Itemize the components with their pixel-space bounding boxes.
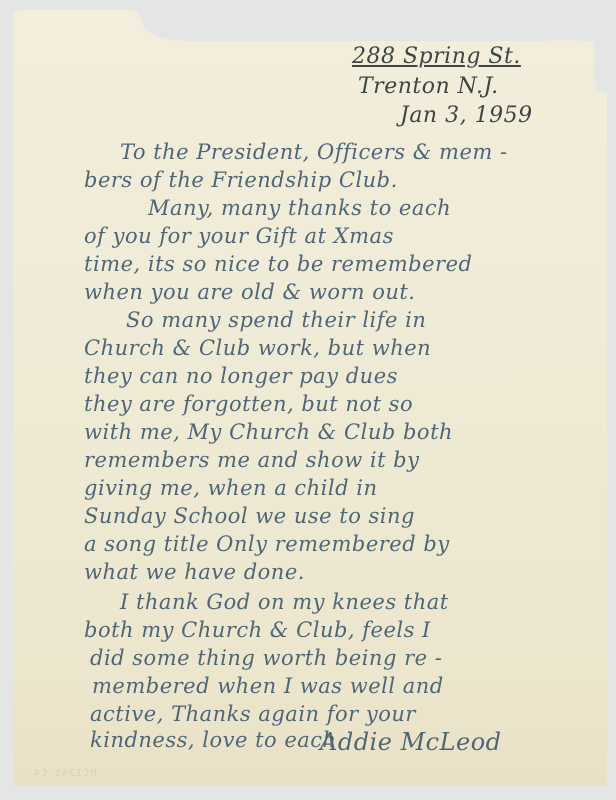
body-line: remembers me and show it by <box>84 448 420 472</box>
body-line: giving me, when a child in <box>84 476 377 500</box>
body-line: Church & Club work, but when <box>84 336 431 360</box>
body-line: kindness, love to each <box>90 728 337 752</box>
body-line: membered when I was well and <box>92 674 444 698</box>
address-city: Trenton N.J. <box>358 74 499 99</box>
body-line: time, its so nice to be remembered <box>84 252 472 276</box>
body-line: when you are old & worn out. <box>84 280 415 304</box>
salutation-line-2: bers of the Friendship Club. <box>84 168 398 192</box>
body-line: of you for your Gift at Xmas <box>84 224 394 248</box>
archive-stamp: MC1241 C4 <box>33 768 96 779</box>
signature: Addie McLeod <box>320 728 502 756</box>
street-text: 288 Spring St. <box>352 44 521 69</box>
salutation-line-1: To the President, Officers & mem - <box>120 140 508 164</box>
body-line: did some thing worth being re - <box>90 646 442 670</box>
body-line: a song title Only remembered by <box>84 532 450 556</box>
body-line: Sunday School we use to sing <box>84 504 415 528</box>
body-line: they can no longer pay dues <box>84 364 398 388</box>
body-line: active, Thanks again for your <box>90 702 416 726</box>
body-line: with me, My Church & Club both <box>84 420 453 444</box>
body-line: what we have done. <box>84 560 305 584</box>
body-line: Many, many thanks to each <box>148 196 451 220</box>
body-line: So many spend their life in <box>126 308 426 332</box>
body-line: I thank God on my knees that <box>120 590 449 614</box>
address-street: 288 Spring St. <box>352 44 521 69</box>
letter-date: Jan 3, 1959 <box>400 103 533 128</box>
body-line: both my Church & Club, feels I <box>84 618 431 642</box>
body-line: they are forgotten, but not so <box>84 392 413 416</box>
